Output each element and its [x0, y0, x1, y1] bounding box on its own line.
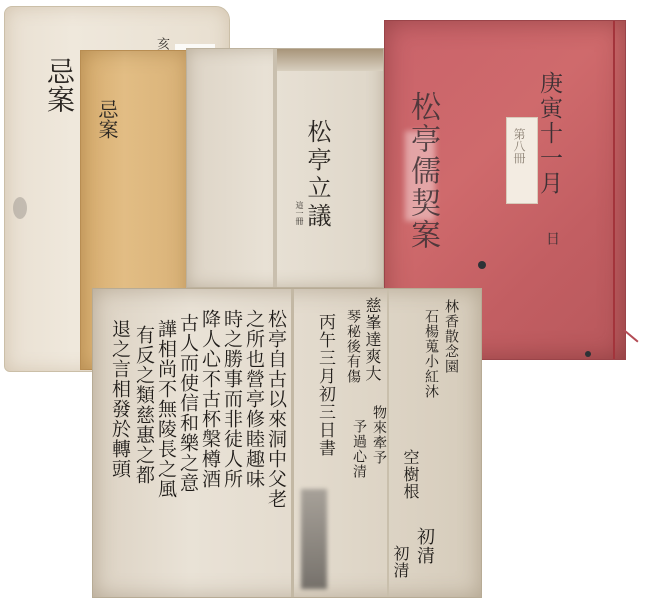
signature: 空樹根: [399, 449, 422, 500]
book-title: 松亭立議: [305, 119, 329, 231]
ink-spot: [585, 351, 591, 357]
corner-mark: 亥: [155, 37, 168, 50]
text-column: 退之言相發於轉頭: [107, 319, 134, 479]
signature: 初清: [411, 527, 437, 565]
text-column: 琴秘後有傷: [343, 309, 363, 384]
book-top-edge: [277, 49, 383, 71]
ink-smudge: [301, 489, 327, 589]
right-mark: 日: [545, 231, 559, 245]
book-title: 忌案: [45, 57, 73, 113]
text-column: 林香散念園: [441, 299, 461, 374]
text-column: 慈峯達爽大: [361, 297, 384, 382]
manuscript-book-5-open: 松亭自古以來洞中父老 之所也營亭修睦趣味 時之勝事而非徒人所 降人心不古杯槃樽酒…: [92, 288, 482, 598]
binding-thread: [613, 21, 615, 359]
book-title-right: 庚寅十一月: [537, 71, 560, 196]
ink-stain: [13, 197, 27, 219]
date-column: 丙午三月初三日書: [313, 313, 338, 457]
book-title-left: 松亭儒契案: [407, 91, 437, 251]
text-column: 有反之類慈惠之都: [131, 325, 158, 485]
text-column: 物來牽予: [369, 405, 389, 465]
paper-label: 第八冊: [506, 117, 538, 204]
text-column: 石楊蒐小紅沐: [421, 309, 441, 399]
book-subnote: 這一冊: [295, 201, 303, 225]
page-fold: [291, 289, 294, 597]
ink-spot: [478, 261, 486, 269]
signature: 初清: [389, 545, 412, 579]
manuscript-book-3: 松亭立議 這一冊: [186, 48, 384, 288]
book-title: 忌案: [97, 99, 117, 139]
label-text: 第八冊: [513, 128, 525, 164]
text-column: 予過心清: [349, 419, 369, 479]
book-spine: [273, 49, 277, 287]
